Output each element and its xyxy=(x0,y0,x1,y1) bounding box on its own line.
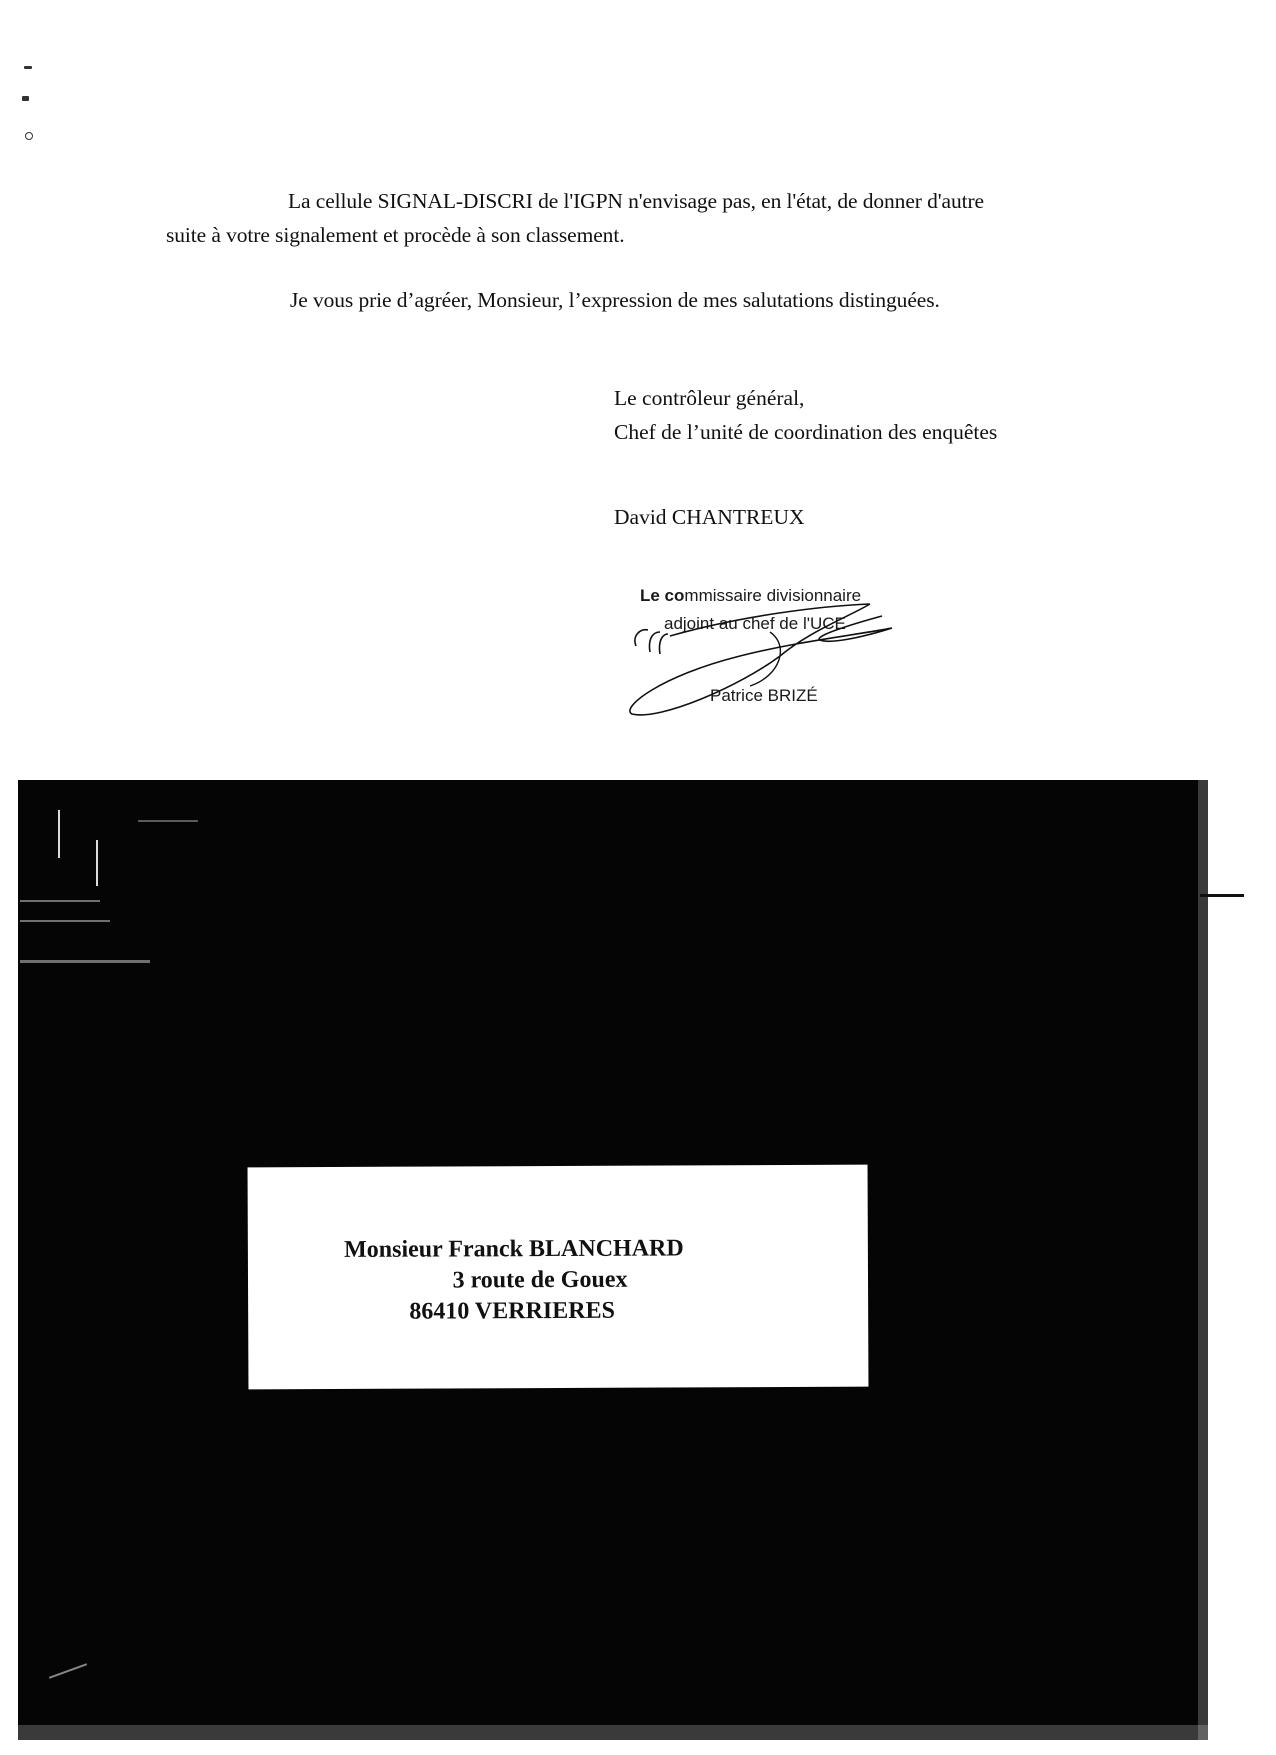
scan-noise xyxy=(1198,780,1208,1740)
scan-artifact xyxy=(24,66,32,69)
scan-artifact xyxy=(25,132,33,140)
recipient-address: Monsieur Franck BLANCHARD 3 route de Gou… xyxy=(248,1233,868,1329)
scan-noise xyxy=(58,810,60,858)
scan-noise xyxy=(20,960,150,963)
scan-noise xyxy=(18,1725,1208,1740)
scan-noise xyxy=(20,920,110,922)
paragraph-line: suite à votre signalement et procède à s… xyxy=(166,223,624,247)
recipient-city: 86410 VERRIERES xyxy=(202,1295,822,1329)
signature-stamp: Le commissaire divisionnaire adjoint au … xyxy=(640,586,940,726)
scan-artifact xyxy=(22,96,29,101)
scan-noise xyxy=(96,840,98,886)
signatory-name: David CHANTREUX xyxy=(614,500,805,534)
signatory-title-line: Chef de l’unité de coordination des enqu… xyxy=(614,415,997,449)
scan-artifact xyxy=(1200,894,1244,897)
closing-formula: Je vous prie d’agréer, Monsieur, l’expre… xyxy=(290,283,940,317)
scan-noise xyxy=(20,900,100,902)
signatory-title-line: Le contrôleur général, xyxy=(614,381,997,415)
signatory-title: Le contrôleur général, Chef de l’unité d… xyxy=(614,381,997,449)
recipient-street: 3 route de Gouex xyxy=(230,1264,850,1298)
scan-noise xyxy=(138,820,198,822)
body-paragraph: La cellule SIGNAL-DISCRI de l'IGPN n'env… xyxy=(166,184,984,252)
recipient-name: Monsieur Franck BLANCHARD xyxy=(204,1233,824,1267)
handwritten-signature-icon xyxy=(620,596,920,726)
scanned-letter-page: La cellule SIGNAL-DISCRI de l'IGPN n'env… xyxy=(0,0,1276,1755)
envelope-scan: Monsieur Franck BLANCHARD 3 route de Gou… xyxy=(18,780,1208,1740)
scan-noise xyxy=(49,1663,87,1679)
address-window: Monsieur Franck BLANCHARD 3 route de Gou… xyxy=(248,1165,869,1390)
paragraph-line: La cellule SIGNAL-DISCRI de l'IGPN n'env… xyxy=(288,189,984,213)
